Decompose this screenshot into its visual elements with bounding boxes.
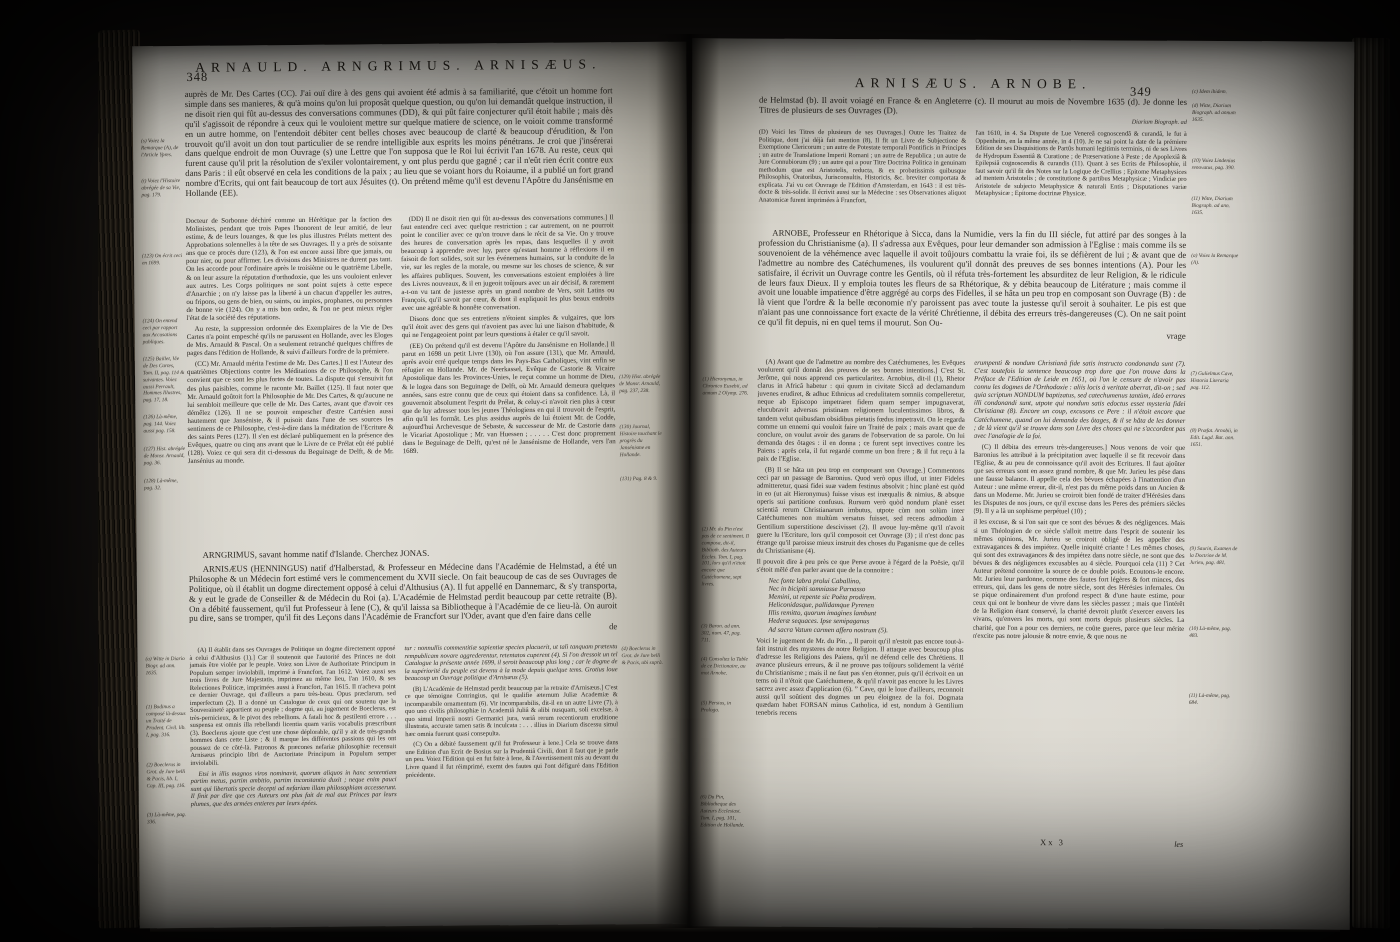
- remark-d-column-1: (D) Voici les Titres de plusieurs de ses…: [758, 129, 966, 226]
- commentary-paragraph: (DD) Il ne disoit rien qui fût au-dessus…: [401, 214, 615, 313]
- diarium-reference-line: Diarium Biograph. ad: [942, 118, 1187, 126]
- footnote-paragraph: (D) Voici les Titres de plusieurs de ses…: [758, 129, 966, 205]
- commentary-paragraph: (A) Avant que de l'admettre au nombre de…: [757, 359, 965, 465]
- catchword: vrage: [758, 329, 1186, 341]
- footnote-paragraph: (A) Il établit dans ses Ouvrages de Poli…: [189, 645, 396, 767]
- arnauld-intro-paragraph: auprès de Mr. Des Cartes (CC). J'ai ouï …: [185, 86, 614, 199]
- commentary-paragraph: Disons donc que ses entretiens n'étoient…: [402, 314, 615, 340]
- margin-note: (a) Voiez la Remarque (A).: [1191, 253, 1239, 267]
- left-page: 348 ARNAULD. ARNGRIMUS. ARNISÆUS. auprès…: [132, 42, 694, 929]
- margin-note: (128) Là-même, pag. 32.: [144, 478, 186, 492]
- commentary-paragraph: Voici le jugement de Mr. du Pin. „ Il pa…: [756, 637, 964, 719]
- arnobe-commentary: (A) Avant que de l'admettre au nombre de…: [755, 359, 1185, 835]
- margin-note: (10) Voiez Lindenius renovatus, pag. 390…: [1192, 158, 1240, 172]
- margin-note: (4) Consultez la Table de ce Dictionaire…: [701, 656, 749, 677]
- margin-note: (125) Baillet, Vie de Des Cartes, Tom. I…: [143, 356, 185, 404]
- running-title-left: ARNAULD. ARNGRIMUS. ARNISÆUS.: [184, 56, 612, 76]
- running-title-right: ARNISÆUS. ARNOBE.: [759, 75, 1187, 93]
- margin-note: (7) Gulielmus Cave, Historia Literaria p…: [1190, 371, 1238, 392]
- margin-note: (2) Boeclerus in Grot. de Jure belli & P…: [146, 762, 188, 790]
- margin-note: (131) Pag. 8 & 9.: [620, 476, 664, 483]
- margin-note: (3) Là-même, pag. 336.: [147, 812, 189, 826]
- right-page-edges: [1352, 38, 1390, 929]
- commentary-paragraph: Il pouvoit dire à peu près ce que Perse …: [757, 558, 965, 575]
- commentary-paragraph: Au reste, la suppression ordonnée des Ex…: [187, 324, 393, 358]
- margin-note: (127) Hist. abrégée de Monsr. Arnauld, p…: [144, 446, 186, 467]
- commentary-paragraph: (C) Il débita des erreurs très-dangereus…: [973, 444, 1185, 518]
- margin-note: (t) Voiez l'Histoire abrégée de sa Vie, …: [141, 178, 183, 199]
- arngrimus-arnisaeus-article: ARNGRIMUS, savant homme natif d'Islande.…: [189, 547, 618, 635]
- arnobe-commentary-column-2: erumpenti & nondum Christianâ fide satis…: [972, 360, 1186, 835]
- arnisaeus-continuation-paragraph: de Helmstad (b). Il avoit voiagé en Fran…: [759, 96, 1187, 118]
- footnote-paragraph: tur : nonnullis commentitiæ sapientiæ sp…: [404, 643, 617, 683]
- book-photograph: 348 ARNAULD. ARNGRIMUS. ARNISÆUS. auprès…: [0, 0, 1400, 942]
- footnote-column-1: (A) Il établit dans ses Ouvrages de Poli…: [189, 645, 397, 926]
- footnote-paragraph: (B) L'Académie de Helmstad perdit beauco…: [405, 684, 618, 739]
- margin-note: (6) Du Pin, Bibliotheque des Auteurs Ecc…: [700, 794, 748, 829]
- commentary-paragraph: (CC) Mr. Arnauld mérita l'estime de Mr. …: [187, 359, 394, 466]
- catchword: les: [1108, 839, 1183, 848]
- commentary-paragraph: Docteur de Sorbonne déchiré comme un Hér…: [186, 216, 393, 323]
- commentary-column-2: (DD) Il ne disoit rien qui fût au-dessus…: [401, 214, 617, 546]
- commentary-paragraph: il les excuse, & si l'on sait que ce son…: [973, 519, 1185, 641]
- arnobe-commentary-column-1: (A) Avant que de l'admettre au nombre de…: [755, 359, 965, 834]
- persius-verse-quotation: Nec fonte labra prolui Caballino, Nec in…: [756, 578, 964, 636]
- margin-note: (1) Bodinus a composé là-dessus un Trait…: [146, 704, 188, 739]
- margin-note: (1) Hieronymus, in Chronico Eusebii, ad …: [702, 376, 750, 397]
- arnisaeus-entry-paragraph: ARNISÆUS (HENNINGUS) natif d'Halberstad,…: [189, 561, 618, 624]
- remark-d-section: (D) Voici les Titres de plusieurs de ses…: [758, 129, 1186, 227]
- footnote-paragraph: (C) On a débité faussement qu'il fut Pro…: [405, 740, 618, 780]
- margin-note: (4) Boeclerus in Grot. de Jure belli & P…: [621, 646, 665, 667]
- margin-note: (126) Là-même, pag. 144. Voiez aussi pag…: [143, 414, 185, 435]
- margin-note: (124) On entend ceci par rapport aux Acc…: [143, 318, 185, 346]
- margin-note: (2) Mr. du Pin n'est pas de ce sentiment…: [701, 526, 749, 588]
- margin-note: (129) Hist. abrégée de Monsr. Arnauld, p…: [619, 374, 663, 395]
- margin-note: (11) Witte, Diarium Biograph. ad ann. 16…: [1191, 196, 1239, 217]
- right-page: ARNISÆUS. ARNOBE. 349 de Helmstad (b). I…: [688, 38, 1355, 929]
- margin-note: (130) Journal, Histoire touchant le prog…: [619, 424, 663, 459]
- arnisaeus-footnotes: (A) Il établit dans ses Ouvrages de Poli…: [189, 643, 619, 926]
- margin-note: (9) Saurin, Examen de la Doctrine de M. …: [1190, 546, 1238, 567]
- arnobe-entry-paragraph: ARNOBE, Professeur en Rhétorique à Sicca…: [758, 229, 1187, 330]
- footnote-paragraph: l'an 1610, in 4. Sa Dispute de Lue Vener…: [975, 130, 1187, 199]
- arnobe-article: ARNOBE, Professeur en Rhétorique à Sicca…: [758, 229, 1187, 341]
- footnote-column-2: tur : nonnullis commentitiæ sapientiæ sp…: [404, 643, 619, 924]
- margin-note: (8) Præfat. Arnobii, in Edit. Lugd. Bat.…: [1190, 428, 1238, 449]
- margin-note: (3) Baron. ad ann. 302, num. 47, pag. 71…: [701, 623, 749, 644]
- margin-note: (123) On écrit ceci en 1699.: [142, 253, 184, 267]
- margin-note: (c) Idem ibidem.: [1192, 89, 1240, 96]
- gathering-signature-mark: Xx 3: [1040, 837, 1065, 847]
- commentary-paragraph: erumpenti & nondum Christianâ fide satis…: [974, 360, 1186, 442]
- arnauld-commentary: Docteur de Sorbonne déchiré comme un Hér…: [186, 214, 617, 548]
- margin-note: (a) Witte in Diario Biogr. ad ann. 1635.: [145, 656, 187, 677]
- footnote-paragraph: Etsi in illis magnos viros nominavit, qu…: [190, 769, 396, 808]
- remark-d-column-2: l'an 1610, in 4. Sa Dispute de Lue Vener…: [975, 130, 1187, 227]
- commentary-column-1: Docteur de Sorbonne déchiré comme un Hér…: [186, 216, 395, 548]
- margin-note: (11) Là-même, pag. 684.: [1189, 693, 1237, 707]
- arngrimus-entry-line: ARNGRIMUS, savant homme natif d'Islande.…: [189, 547, 617, 561]
- margin-note: (5) Persius, in Prologo.: [701, 700, 749, 714]
- margin-note: (s) Voiez la Remarque (A), de l'Article …: [141, 138, 183, 159]
- margin-note: (10) Là-même, pag. 483.: [1189, 626, 1237, 640]
- commentary-paragraph: (EE) On prétend qu'il est devenu l'Apôtr…: [402, 341, 616, 456]
- commentary-paragraph: (B) Il se hâta un peu trop en composant …: [757, 467, 965, 557]
- margin-note: (d) Witte, Diarium Biograph. ad annum 16…: [1192, 103, 1240, 124]
